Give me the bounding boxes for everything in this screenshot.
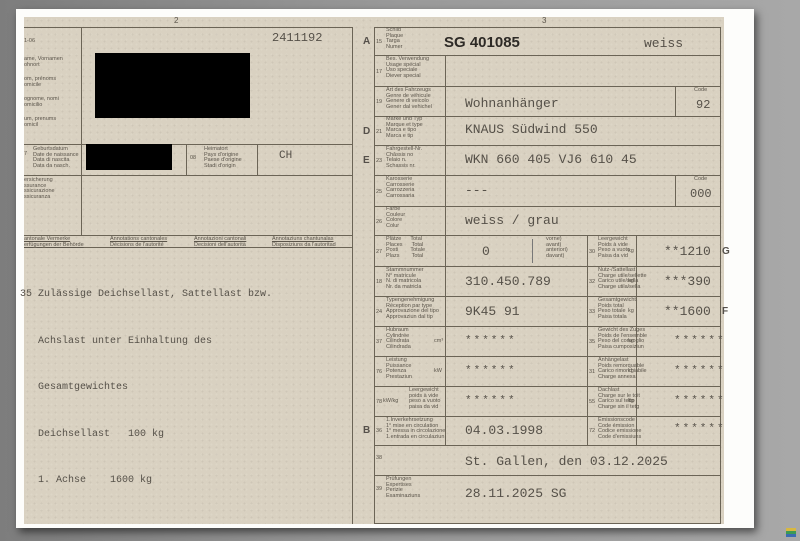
code-label: Code xyxy=(694,88,707,94)
inspection-value: 28.11.2025 SG xyxy=(465,486,566,501)
remarks-line: Deichsellast 100 kg xyxy=(20,427,272,443)
field-number: 35 xyxy=(589,339,595,345)
document-number: 2411192 xyxy=(272,31,322,45)
code-label: Code xyxy=(694,177,707,183)
chassis-number-value: WKN 660 405 VJ6 610 45 xyxy=(465,152,637,167)
section-letter-b: B xyxy=(363,425,370,436)
section-letter-e: E xyxy=(363,155,370,166)
field-label-date: 1-06 xyxy=(24,39,35,45)
origin-value: CH xyxy=(279,150,292,162)
field-label-towable-load: Anhängelast Poids remorquable Carico rim… xyxy=(598,358,647,380)
type-approval-value: 9K45 91 xyxy=(465,304,520,319)
field-number: 39 xyxy=(376,486,382,492)
page-3-number: 3 xyxy=(542,16,546,25)
unit-label: kg xyxy=(628,309,634,315)
seats-sub-label: vorne) avant) anteriori) davant) xyxy=(546,237,568,259)
field-number: 15 xyxy=(376,39,382,45)
section-letter-d: D xyxy=(363,126,370,137)
vehicle-registration-document: 2 3 1-06 ame, Vornamen ohnort om, prénom… xyxy=(24,17,724,524)
field-number: 27 xyxy=(376,249,382,255)
field-label-birthdate: Geburtsdatum Date de naissance Data di n… xyxy=(33,147,79,169)
emission-code-value: ****** xyxy=(674,423,726,435)
field-label-displacement: Hubraum Cylindrée Cilindrata Cilindrada xyxy=(386,328,411,350)
origin-field-number: 08 xyxy=(190,156,196,162)
issue-place-date: St. Gallen, den 03.12.2025 xyxy=(465,454,668,469)
field-label-name-fr: om, prénoms omicile xyxy=(24,77,56,88)
annotation-header-it: Annotazioni cantonali Decisioni dell'aut… xyxy=(194,237,246,248)
plate-color: weiss xyxy=(644,36,683,51)
field-number: 26 xyxy=(376,219,382,225)
field-label-emission-code: Emissionscode Code émission Codice emiss… xyxy=(598,418,641,440)
field-label-type-approval: Typengenehmigung Réception par type Appr… xyxy=(386,298,439,320)
page-2-number: 2 xyxy=(174,16,178,25)
vehicle-type-value: Wohnanhänger xyxy=(465,96,559,111)
birth-field-number: 7 xyxy=(24,152,27,158)
field-label-seats: Plätze Total Places Total Posti Totale P… xyxy=(386,237,425,259)
field-number: 37 xyxy=(376,339,382,345)
roof-load-value: ****** xyxy=(674,395,726,407)
train-weight-value: ****** xyxy=(674,335,726,347)
field-number: 38 xyxy=(376,455,382,461)
field-number: 78 xyxy=(376,399,382,405)
field-label-power-weight: kW/kg xyxy=(383,399,398,405)
master-number-value: 310.450.789 xyxy=(465,274,551,289)
field-label-make: Marke und Typ Marque et type Marca e tip… xyxy=(386,117,423,139)
field-number: 32 xyxy=(589,279,595,285)
field-number: 76 xyxy=(376,369,382,375)
unit-label: kW xyxy=(434,369,442,375)
section-letter-a: A xyxy=(363,36,370,47)
unit-label: kg xyxy=(628,399,634,405)
towable-load-value: ****** xyxy=(674,365,726,377)
field-number: 30 xyxy=(589,249,595,255)
field-label-insurance: ersicherung ssurance ssicurazione ssicur… xyxy=(24,178,55,200)
plate-number: SG 401085 xyxy=(444,34,520,51)
field-label-colour: Farbe Couleur Colore Colur xyxy=(386,207,405,229)
annotation-header-fr: Annotations cantonales Décisions de l'au… xyxy=(110,237,167,248)
field-number: 31 xyxy=(589,369,595,375)
field-number: 17 xyxy=(376,69,382,75)
field-label-power: Leistung Puissance Potenza Prestaziun xyxy=(386,358,412,380)
field-number: 19 xyxy=(376,99,382,105)
unit-label: cm³ xyxy=(434,339,443,345)
payload-value: ***390 xyxy=(664,274,711,289)
annotation-header-rm: Annotaziuns chantunalas Disposiziuns da … xyxy=(272,237,336,248)
field-label-origin: Heimatort Pays d'origine Paese d'origine… xyxy=(204,147,242,169)
unit-label: kg xyxy=(628,339,634,345)
redacted-name-block xyxy=(95,53,250,118)
tray-icon xyxy=(786,528,796,537)
remarks-text: 35 Zulässige Deichsellast, Sattellast bz… xyxy=(20,256,272,520)
field-number: 33 xyxy=(589,309,595,315)
make-model-value: KNAUS Südwind 550 xyxy=(465,122,598,137)
redacted-birthdate-block xyxy=(86,144,172,170)
field-number: 36 xyxy=(376,428,382,434)
field-label-empty-weight: Leergewicht Poids à vide Peso a vuoto Pa… xyxy=(598,237,630,259)
field-label-empty-weight-ratio: Leergewicht poids à vide peso a vuoto pa… xyxy=(409,388,441,410)
field-label-special-use: Bes. Verwendung Usage spécial Uso specia… xyxy=(386,57,429,79)
displacement-value: ****** xyxy=(465,335,517,347)
section-letter-f: F xyxy=(722,306,728,317)
field-number: 72 xyxy=(589,428,595,434)
total-weight-value: **1600 xyxy=(664,304,711,319)
seats-value: 0 xyxy=(482,244,490,259)
unit-label: kg xyxy=(628,279,634,285)
remarks-line: Achslast unter Einhaltung des xyxy=(20,334,272,350)
field-label-master-number: Stammnummer N° matricule N. di matricola… xyxy=(386,268,424,290)
field-number: 18 xyxy=(376,279,382,285)
body-value: --- xyxy=(465,183,488,198)
remarks-line: 1. Achse 1600 kg xyxy=(20,473,272,489)
field-label-name-it: ognome, nomi omicilio xyxy=(24,97,59,108)
field-label-payload: Nutz-/Sattellast Charge utile/sellette C… xyxy=(598,268,647,290)
vehicle-type-code: 92 xyxy=(696,98,710,112)
field-label-body: Karosserie Carrosserie Carrozzeria Carro… xyxy=(386,177,414,199)
unit-label: kg xyxy=(628,369,634,375)
power-weight-value: ****** xyxy=(465,395,517,407)
first-registration-value: 04.03.1998 xyxy=(465,423,543,438)
unit-label: kg xyxy=(628,249,634,255)
field-number: 55 xyxy=(589,399,595,405)
field-label-first-registration: 1.Inverkehrsetzung 1° mise en circulatio… xyxy=(386,418,445,440)
power-value: ****** xyxy=(465,365,517,377)
field-label-chassis: Fahrgestell-Nr. Châssis no Telaio n. Sch… xyxy=(386,147,422,169)
empty-weight-value: **1210 xyxy=(664,244,711,259)
colour-value: weiss / grau xyxy=(465,213,559,228)
field-number: 25 xyxy=(376,189,382,195)
annotation-header-de: antonale Vermerke erfügungen der Behörde xyxy=(24,237,84,248)
field-label-inspection: Prüfungen Expertises Perizie Examinaziun… xyxy=(386,477,420,499)
field-label-name-de: ame, Vornamen ohnort xyxy=(24,57,63,68)
remarks-line: 35 Zulässige Deichsellast, Sattellast bz… xyxy=(20,287,272,303)
field-label-vehicle-type: Art des Fahrzeugs Genre de véhicule Gene… xyxy=(386,88,432,110)
field-label-train-weight: Gewicht des Zuges Poids de l'ensemble Pe… xyxy=(598,328,647,350)
field-label-plate: Schild Plaque Targa Numer xyxy=(386,28,403,50)
field-number: 23 xyxy=(376,158,382,164)
field-number: 24 xyxy=(376,309,382,315)
field-label-name-rm: um, prenums omicil xyxy=(24,117,56,128)
body-code: 000 xyxy=(690,187,712,201)
field-number: 21 xyxy=(376,129,382,135)
remarks-line: Gesamtgewichtes xyxy=(20,380,272,396)
section-letter-g: G xyxy=(722,246,730,257)
